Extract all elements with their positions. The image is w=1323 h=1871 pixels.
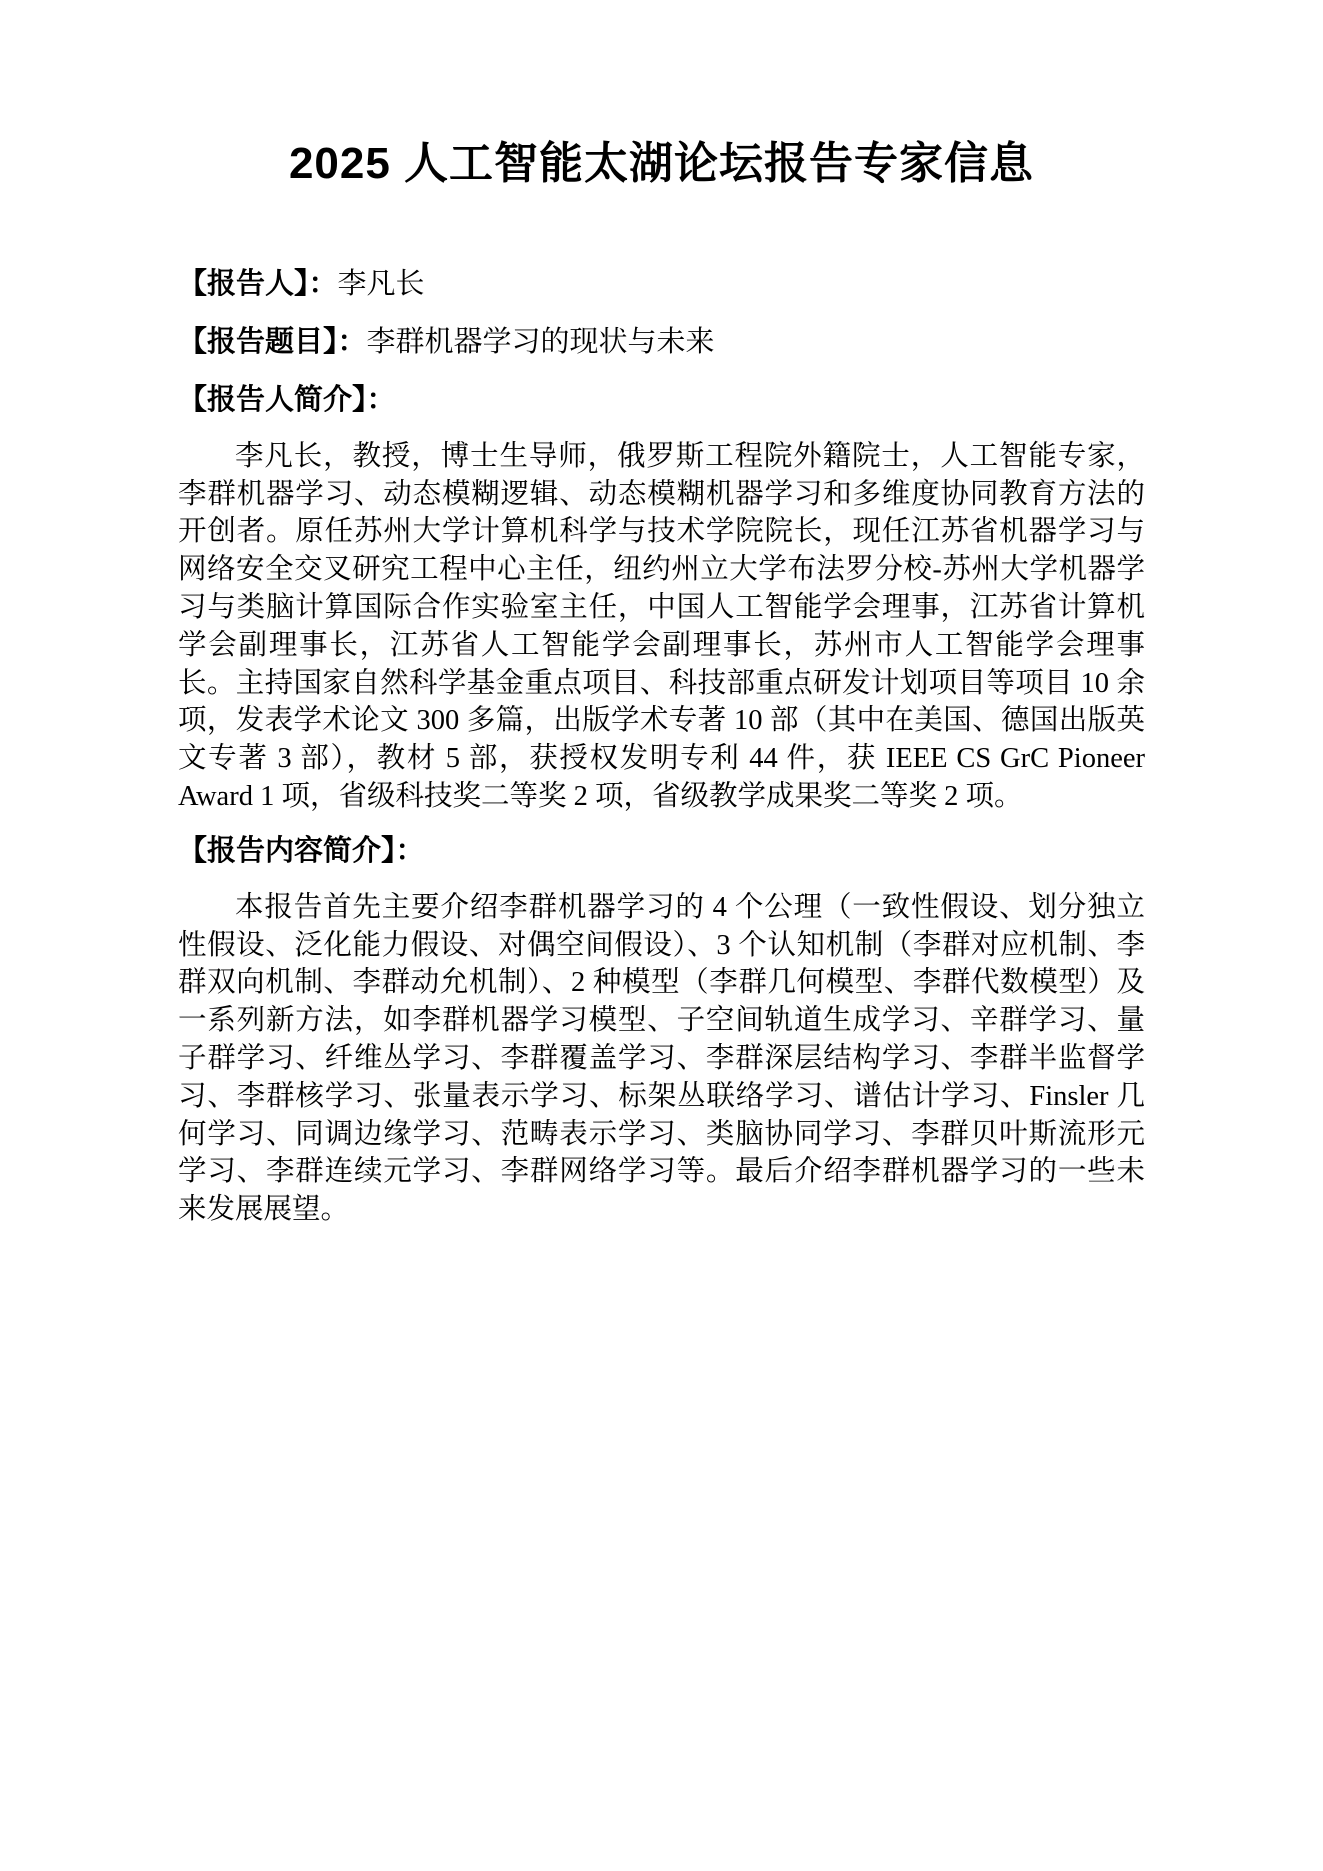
page-title: 2025 人工智能太湖论坛报告专家信息 — [178, 138, 1145, 191]
topic-label: 【报告题目】： — [178, 326, 367, 358]
bio-heading-label: 【报告人简介】： — [178, 384, 396, 416]
bio-paragraph: 李凡长，教授，博士生导师，俄罗斯工程院外籍院士，人工智能专家，李群机器学习、动态… — [178, 438, 1145, 816]
topic-field: 【报告题目】：李群机器学习的现状与未来 — [178, 325, 1145, 359]
content-section-heading: 【报告内容简介】： — [178, 834, 1145, 868]
reporter-label: 【报告人】： — [178, 268, 338, 300]
content-paragraph: 本报告首先主要介绍李群机器学习的 4 个公理（一致性假设、划分独立性假设、泛化能… — [178, 889, 1145, 1229]
document-page: 2025 人工智能太湖论坛报告专家信息 【报告人】：李凡长 【报告题目】：李群机… — [0, 0, 1323, 1871]
content-heading-label: 【报告内容简介】： — [178, 835, 425, 867]
reporter-value: 李凡长 — [338, 268, 425, 300]
bio-section-heading: 【报告人简介】： — [178, 383, 1145, 417]
topic-value: 李群机器学习的现状与未来 — [367, 326, 715, 358]
reporter-field: 【报告人】：李凡长 — [178, 267, 1145, 301]
